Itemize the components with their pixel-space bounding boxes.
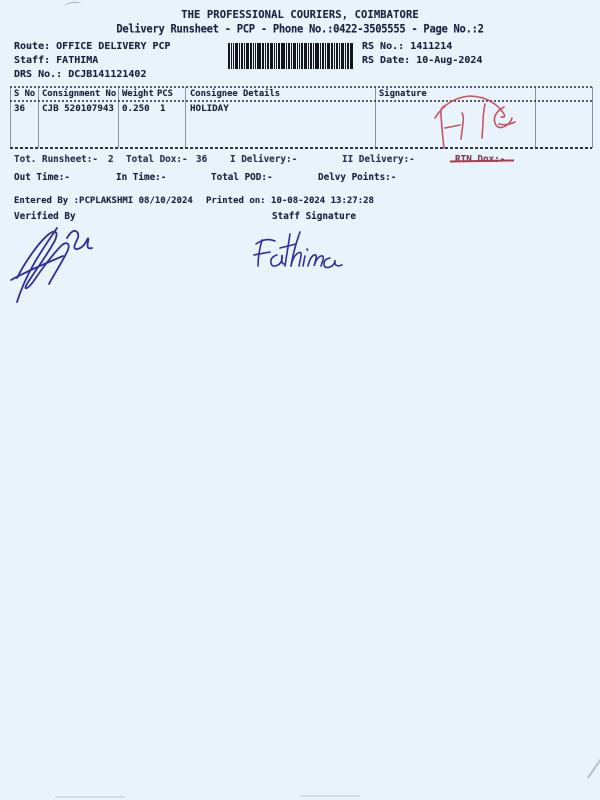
col-header-weight: Weight bbox=[122, 89, 154, 99]
tot-runsheet-value: 2 bbox=[108, 155, 114, 166]
row-consignment-no: CJB 520107943 bbox=[42, 104, 114, 115]
row-consignee: HOLIDAY bbox=[190, 104, 229, 115]
col-header-consignee-details: Consignee Details bbox=[190, 89, 280, 99]
table-column-line bbox=[38, 87, 39, 148]
scan-artifact bbox=[55, 796, 125, 798]
col-header-consignment-no: Consignment No bbox=[42, 89, 116, 99]
scan-artifact bbox=[587, 759, 600, 778]
rs-date-label: RS Date: bbox=[362, 55, 410, 66]
staff-value: FATHIMA bbox=[56, 55, 98, 66]
scan-artifact bbox=[300, 795, 360, 797]
staff-signature-ink bbox=[250, 228, 345, 278]
ii-delivery-label: II Delivery:- bbox=[342, 155, 415, 166]
table-column-line bbox=[10, 87, 11, 148]
table-top-divider bbox=[10, 86, 592, 88]
total-dox-value: 36 bbox=[196, 155, 207, 166]
entered-by-line: Entered By :PCPLAKSHMI 08/10/2024 bbox=[14, 196, 193, 206]
company-name: THE PROFESSIONAL COURIERS, COIMBATORE bbox=[0, 9, 600, 21]
total-dox-label: Total Dox:- bbox=[126, 155, 188, 166]
table-column-line bbox=[118, 87, 119, 148]
delvy-points-label: Delvy Points:- bbox=[318, 173, 396, 184]
route-line: Route: OFFICE DELIVERY PCP bbox=[14, 41, 171, 53]
consignee-signature-mark bbox=[425, 90, 520, 152]
route-label: Route: bbox=[14, 41, 50, 52]
table-column-line bbox=[375, 87, 376, 148]
runsheet-subtitle: Delivery Runsheet - PCP - Phone No.:0422… bbox=[0, 22, 600, 36]
col-header-signature: Signature bbox=[379, 89, 427, 99]
table-column-line bbox=[535, 87, 536, 148]
delivery-runsheet-document: THE PROFESSIONAL COURIERS, COIMBATORE De… bbox=[0, 0, 600, 800]
table-column-line bbox=[592, 87, 593, 148]
staff-signature-label: Staff Signature bbox=[272, 212, 356, 223]
in-time-label: In Time:- bbox=[116, 173, 166, 184]
rs-no-label: RS No.: bbox=[362, 41, 404, 52]
row-weight: 0.250 bbox=[122, 104, 150, 115]
barcode-icon bbox=[228, 43, 353, 69]
rs-date-value: 10-Aug-2024 bbox=[416, 55, 482, 66]
i-delivery-label: I Delivery:- bbox=[230, 155, 297, 166]
drs-no-label: DRS No.: bbox=[14, 69, 62, 80]
drs-no-value: DCJB141121402 bbox=[68, 69, 146, 80]
row-pcs: 1 bbox=[160, 104, 166, 115]
rs-no-line: RS No.: 1411214 bbox=[362, 41, 452, 53]
table-column-line bbox=[185, 87, 186, 148]
out-time-label: Out Time:- bbox=[14, 173, 70, 184]
col-header-s-no: S No bbox=[14, 89, 35, 99]
row-s-no: 36 bbox=[14, 104, 25, 115]
staff-line: Staff: FATHIMA bbox=[14, 55, 98, 67]
route-value: OFFICE DELIVERY PCP bbox=[56, 41, 170, 52]
rs-no-value: 1411214 bbox=[410, 41, 452, 52]
rs-date-line: RS Date: 10-Aug-2024 bbox=[362, 55, 482, 67]
drs-line: DRS No.: DCJB141121402 bbox=[14, 69, 146, 81]
col-header-pcs: PCS bbox=[157, 89, 173, 99]
verified-by-signature-ink bbox=[5, 218, 100, 310]
tot-runsheet-label: Tot. Runsheet:- bbox=[14, 155, 98, 166]
printed-on-line: Printed on: 10-08-2024 13:27:28 bbox=[206, 196, 374, 206]
staff-label: Staff: bbox=[14, 55, 50, 66]
total-pod-label: Total POD:- bbox=[211, 173, 273, 184]
